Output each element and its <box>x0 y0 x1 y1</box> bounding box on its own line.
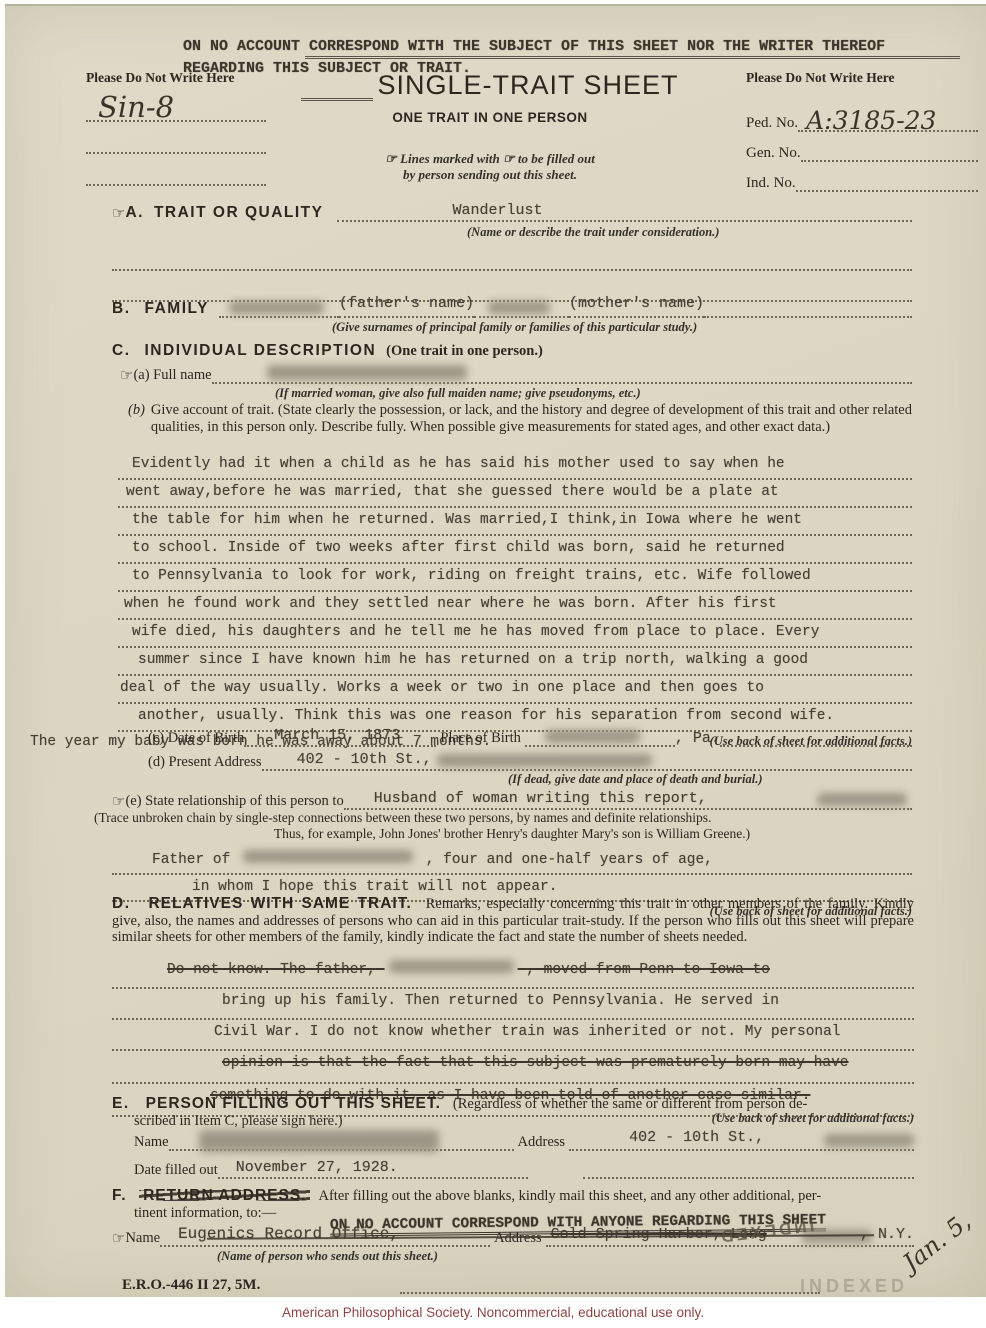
sender-address-suffix: , N.Y. <box>860 1226 914 1243</box>
redacted-relative-name <box>389 960 514 973</box>
section-c-label: C. <box>112 342 131 360</box>
gen-no-line <box>801 134 978 162</box>
manicule-icon: ☞ <box>120 366 133 384</box>
page-title: SINGLE-TRAIT SHEET <box>377 70 678 101</box>
address-value: 402 - 10th St., <box>297 751 432 768</box>
c-b-typed-block: Evidently had it when a child as he has … <box>118 452 912 754</box>
section-f-instructions1: After filling out the above blanks, kind… <box>318 1188 821 1204</box>
relatives-line: Civil War. I do not know whether train w… <box>112 1020 914 1051</box>
case-code-handwritten: Sin-8 <box>98 90 174 124</box>
section-f-title-struck: RETURN ADDRESS. <box>143 1188 306 1205</box>
trait-account-line: to school. Inside of two weeks after fir… <box>118 536 912 564</box>
blank-line-1 <box>112 240 912 271</box>
address-label: (d) Present Address <box>148 754 262 771</box>
trait-account-line: wife died, his daughters and he tell me … <box>118 620 912 648</box>
section-f-label: F. <box>112 1187 127 1204</box>
c-b-instructions: (b) Give account of trait. (State clearl… <box>128 402 912 436</box>
redacted-address <box>437 754 652 767</box>
full-name-caption: (If married woman, give also full maiden… <box>275 386 912 401</box>
c-b-label: (b) <box>128 402 145 436</box>
relatives-line-post: , moved from Penn to Iowa to <box>526 962 770 978</box>
if-dead-caption: (If dead, give date and place of death a… <box>508 772 912 787</box>
pob-label: Place of Birth <box>440 730 521 747</box>
pob-line <box>525 724 675 747</box>
page-subtitle: ONE TRAIT IN ONE PERSON <box>300 110 680 125</box>
relationship-instructions2: Thus, for example, John Jones' brother H… <box>112 826 912 842</box>
dob-line: March 15, 1873 <box>244 724 436 747</box>
date-filled-line: November 27, 1928. <box>218 1149 528 1179</box>
section-e-label: E. <box>112 1095 130 1112</box>
date-filled-label: Date filled out <box>134 1162 218 1179</box>
fill-note-line1: ☞ Lines marked with ☞ to be filled out <box>300 151 680 167</box>
bottom-line <box>400 1268 820 1294</box>
ind-no-label: Ind. No. <box>746 175 796 192</box>
redacted-mother-name <box>488 301 550 314</box>
header-left-block: Please Do Not Write Here Sin-8 <box>86 70 266 186</box>
signer-name-label: Name <box>134 1134 169 1151</box>
warning-underline <box>305 56 960 59</box>
manicule-icon: ☞ <box>112 1229 125 1247</box>
fill-note-line2: by person sending out this sheet. <box>300 167 680 183</box>
section-e-title: PERSON FILLING OUT THIS SHEET. <box>146 1095 441 1112</box>
relationship-detail-pre: Father of <box>112 852 230 868</box>
date-filled-value: November 27, 1928. <box>236 1159 398 1176</box>
relationship-detail-post: , four and one-half years of age, <box>426 852 713 868</box>
relationship-detail-line1: Father of , four and one-half years of a… <box>112 848 912 875</box>
footer-attribution: American Philosophical Society. Noncomme… <box>282 1305 704 1320</box>
section-b-title: FAMILY <box>145 300 209 318</box>
scanned-document: ON NO ACCOUNT CORRESPOND WITH THE SUBJEC… <box>0 0 986 1328</box>
do-not-write-right: Please Do Not Write Here <box>746 70 978 86</box>
ind-no-line <box>796 164 978 192</box>
c-c-row: (c) Date of Birth March 15, 1873 Place o… <box>148 726 912 747</box>
trait-line: Wanderlust <box>337 196 912 222</box>
trait-account-line: went away,before he was married, that sh… <box>118 480 912 508</box>
redacted-full-name <box>267 365 467 380</box>
full-name-line <box>212 362 912 384</box>
relatives-line: bring up his family. Then returned to Pe… <box>112 989 914 1020</box>
signer-address-value: 402 - 10th St., <box>629 1129 764 1146</box>
father-name-line <box>219 294 339 318</box>
left-line-1: Sin-8 <box>86 88 266 122</box>
trait-account-line: when he found work and they settled near… <box>118 592 912 620</box>
form-number: E.R.O.-446 II 27, 5M. <box>122 1277 260 1294</box>
left-line-2 <box>86 122 266 154</box>
sender-name-value: Eugenics Record Office, <box>178 1225 399 1243</box>
section-c-title: INDIVIDUAL DESCRIPTION <box>145 342 377 360</box>
pob-line-tail <box>720 724 912 747</box>
section-a-title: TRAIT OR QUALITY <box>154 204 324 222</box>
trait-account-line: the table for him when he returned. Was … <box>118 508 912 536</box>
indexed-stamp-faint: INDEXED <box>800 1276 908 1297</box>
relationship-instructions1: (Trace unbroken chain by single-step con… <box>94 810 912 826</box>
trait-account-line: Evidently had it when a child as he has … <box>118 452 912 480</box>
section-a: ☞ A. TRAIT OR QUALITY Wanderlust (Name o… <box>112 198 912 302</box>
section-e-instructions1: (Regardless of whether the same or diffe… <box>453 1096 807 1112</box>
header-center-block: SINGLE-TRAIT SHEET ONE TRAIT IN ONE PERS… <box>300 70 680 183</box>
sender-name-label: Name <box>125 1230 160 1247</box>
date-line-tail <box>583 1149 914 1179</box>
section-f: F. RETURN ADDRESS. After filling out the… <box>112 1188 914 1294</box>
footer-strip: American Philosophical Society. Noncomme… <box>0 1297 986 1328</box>
section-e: E. PERSON FILLING OUT THIS SHEET. (Regar… <box>112 1096 914 1179</box>
sender-name-caption: (Name of person who sends out this sheet… <box>217 1249 914 1264</box>
header-right-block: Please Do Not Write Here Ped. No. A:3185… <box>746 70 978 192</box>
section-d-label: D. <box>112 895 131 912</box>
mother-name-line <box>474 294 569 318</box>
section-d-title: RELATIVES WITH SAME TRAIT. <box>148 895 411 912</box>
redacted-father-name <box>229 301 324 314</box>
trait-caption: (Name or describe the trait under consid… <box>467 225 912 240</box>
pob-suffix: , Pa. <box>675 730 720 747</box>
relatives-line: opinion is that the fact that this subje… <box>112 1051 914 1084</box>
redacted-place-of-birth <box>545 730 640 743</box>
section-d: D. RELATIVES WITH SAME TRAIT. Remarks, e… <box>112 896 914 1126</box>
sender-address-label: Address <box>494 1230 542 1247</box>
redacted-relationship-name <box>817 793 907 806</box>
section-c-note: (One trait in one person.) <box>386 343 543 360</box>
relationship-value: Husband of woman writing this report, <box>374 790 707 807</box>
trait-account-line: summer since I have known him he has ret… <box>118 648 912 676</box>
trait-value: Wanderlust <box>452 202 542 219</box>
section-b: B. FAMILY (father's name) (mother's name… <box>112 296 912 335</box>
redacted-signer-address <box>824 1134 914 1147</box>
gen-no-label: Gen. No. <box>746 145 801 162</box>
full-name-label: (a) Full name <box>133 367 211 384</box>
trait-account-line: to Pennsylvania to look for work, riding… <box>118 564 912 592</box>
family-line-tail <box>704 294 912 318</box>
ped-no-line: A:3185-23 <box>798 100 978 132</box>
section-a-label: A. <box>125 204 144 222</box>
left-line-3 <box>86 154 266 186</box>
mother-name-caption: (mother's name) <box>569 294 704 318</box>
do-not-write-left: Please Do Not Write Here <box>86 70 266 86</box>
relationship-label: (e) State relationship of this person to <box>125 793 343 810</box>
manicule-icon: ☞ <box>112 204 125 222</box>
manicule-icon: ☞ <box>112 792 125 810</box>
family-caption: (Give surnames of principal family or fa… <box>332 320 912 335</box>
trait-account-line: deal of the way usually. Works a week or… <box>118 676 912 704</box>
dob-label: (c) Date of Birth <box>148 730 244 747</box>
ped-no-label: Ped. No. <box>746 115 798 132</box>
section-c-heading: C. INDIVIDUAL DESCRIPTION (One trait in … <box>112 342 912 360</box>
ped-no-value-handwritten: A:3185-23 <box>806 106 936 135</box>
relationship-line: Husband of woman writing this report, <box>344 786 912 810</box>
signer-name-line <box>169 1127 514 1151</box>
redacted-child-name <box>243 850 413 863</box>
c-d-row: (d) Present Address 402 - 10th St., (If … <box>148 750 912 787</box>
address-line: 402 - 10th St., <box>262 748 912 771</box>
relatives-line-pre: Do not know. The father, <box>112 962 376 978</box>
c-b-instructions-text: Give account of trait. (State clearly th… <box>151 402 912 436</box>
warning-typed-line1: ON NO ACCOUNT CORRESPOND WITH THE SUBJEC… <box>183 38 885 55</box>
section-b-label: B. <box>112 300 131 318</box>
dob-value: March 15, 1873 <box>274 727 400 744</box>
father-name-caption: (father's name) <box>339 294 474 318</box>
signer-address-line: 402 - 10th St., <box>569 1127 914 1151</box>
title-leading-dashes <box>301 78 373 101</box>
c-a-row: ☞ (a) Full name (If married woman, give … <box>120 364 912 401</box>
relatives-line: Do not know. The father, , moved from Pe… <box>112 958 914 989</box>
sender-name-line: Eugenics Record Office, <box>160 1221 490 1247</box>
